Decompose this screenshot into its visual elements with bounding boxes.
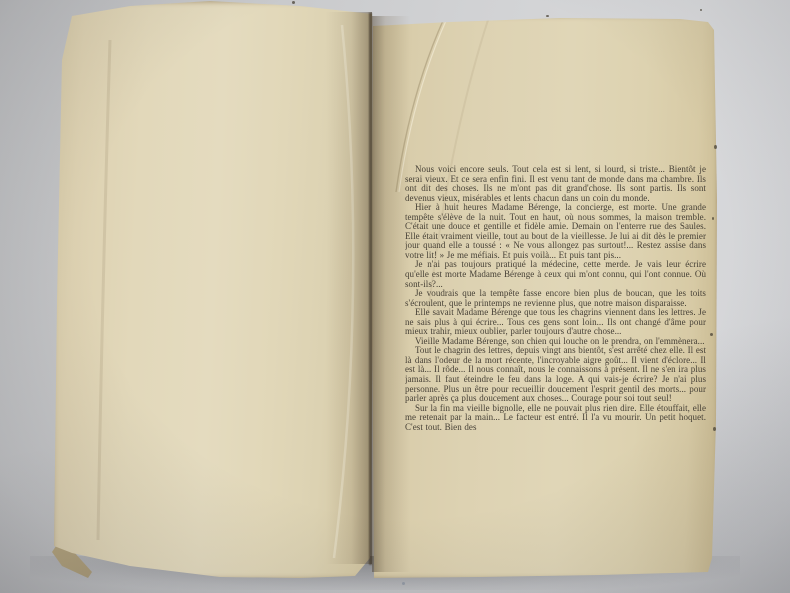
page-edge-nick	[710, 333, 713, 336]
paragraph-4: Je voudrais que la tempête fasse encore …	[405, 289, 706, 308]
page-edge-nick	[714, 145, 717, 149]
paragraph-2: Hier à huit heures Madame Bérenge, la co…	[405, 203, 706, 260]
page-speck	[700, 9, 702, 11]
printed-text-block: Nous voici encore seuls. Tout cela est s…	[405, 165, 706, 517]
page-edge-nick	[713, 427, 716, 431]
paragraph-1: Nous voici encore seuls. Tout cela est s…	[405, 165, 706, 203]
paragraph-7: Tout le chagrin des lettres, depuis ving…	[405, 346, 706, 403]
paragraph-5: Elle savait Madame Bérenge que tous les …	[405, 308, 706, 337]
right-page: Nous voici encore seuls. Tout cela est s…	[370, 14, 720, 582]
surface-speck	[402, 582, 405, 585]
photo-background: Nous voici encore seuls. Tout cela est s…	[0, 0, 790, 593]
gutter-shadow-left	[326, 12, 372, 564]
paragraph-3: Je n'ai pas toujours pratiqué la médecin…	[405, 260, 706, 289]
gutter-shadow-right	[372, 16, 410, 572]
page-speck	[546, 15, 549, 17]
page-edge-nick	[712, 217, 714, 220]
paragraph-8: Sur la fin ma vieille bignolle, elle ne …	[405, 404, 706, 433]
page-speck	[292, 1, 295, 4]
